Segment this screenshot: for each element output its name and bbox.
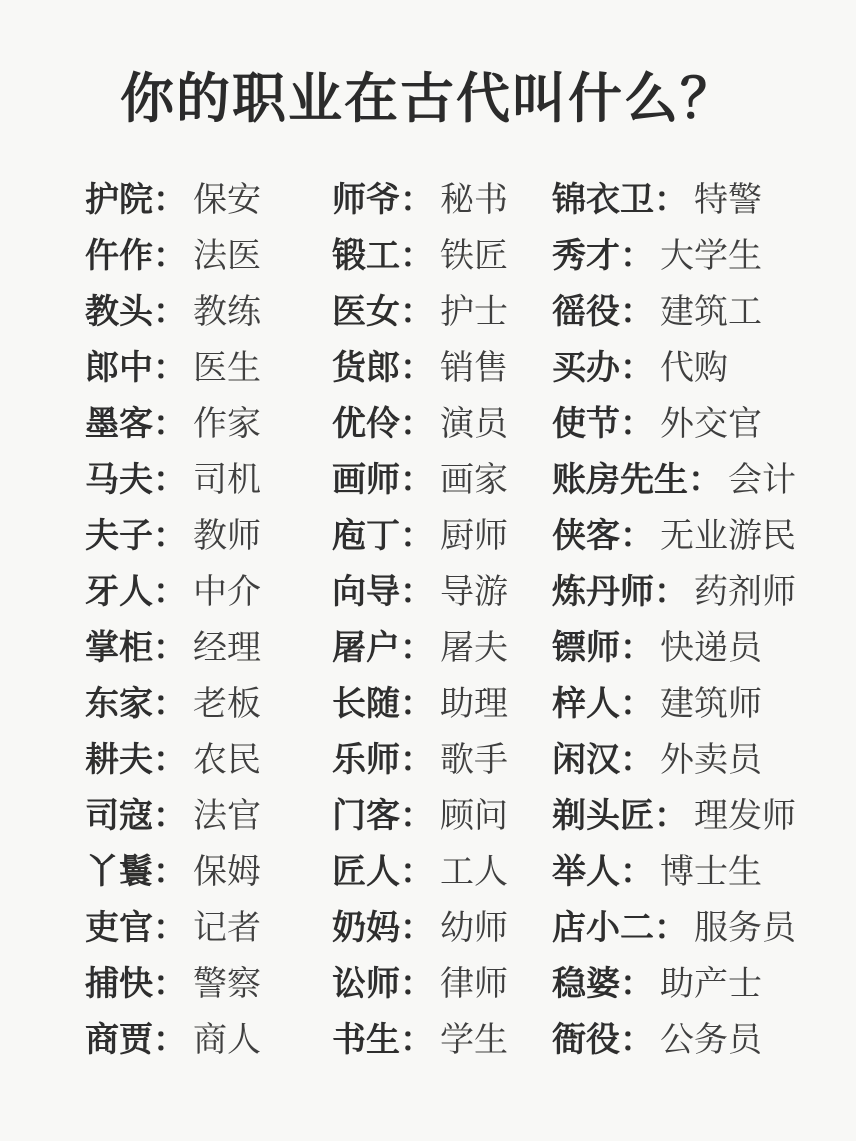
- modern-term: 保姆: [193, 844, 261, 900]
- colon-separator: ：: [153, 564, 187, 620]
- ancient-term: 优伶: [332, 396, 400, 452]
- colon-separator: ：: [400, 676, 434, 732]
- ancient-term: 书生: [332, 1012, 400, 1068]
- ancient-term: 司寇: [85, 788, 153, 844]
- page-title: 你的职业在古代叫什么？: [0, 0, 856, 132]
- modern-term: 老板: [193, 676, 261, 732]
- ancient-term: 画师: [332, 452, 400, 508]
- modern-term: 铁匠: [440, 228, 508, 284]
- ancient-term: 衙役: [552, 1012, 620, 1068]
- ancient-term: 使节: [552, 396, 620, 452]
- ancient-term: 稳婆: [552, 956, 620, 1012]
- modern-term: 学生: [440, 1012, 508, 1068]
- list-entry: 优伶：演员: [332, 396, 552, 452]
- list-entry: 商贾：商人: [85, 1012, 332, 1068]
- colon-separator: ：: [153, 788, 187, 844]
- colon-separator: ：: [153, 452, 187, 508]
- list-entry: 画师：画家: [332, 452, 552, 508]
- list-entry: 炼丹师：药剂师: [552, 564, 856, 620]
- ancient-term: 匠人: [332, 844, 400, 900]
- list-entry: 镖师：快递员: [552, 620, 856, 676]
- modern-term: 商人: [193, 1012, 261, 1068]
- list-entry: 剃头匠：理发师: [552, 788, 856, 844]
- list-entry: 护院：保安: [85, 172, 332, 228]
- column-1: 护院：保安仵作：法医教头：教练郎中：医生墨客：作家马夫：司机夫子：教师牙人：中介…: [85, 172, 332, 1068]
- colon-separator: ：: [400, 452, 434, 508]
- modern-term: 大学生: [660, 228, 762, 284]
- ancient-term: 夫子: [85, 508, 153, 564]
- colon-separator: ：: [400, 564, 434, 620]
- list-entry: 门客：顾问: [332, 788, 552, 844]
- ancient-term: 教头: [85, 284, 153, 340]
- list-entry: 书生：学生: [332, 1012, 552, 1068]
- colon-separator: ：: [620, 956, 654, 1012]
- colon-separator: ：: [400, 844, 434, 900]
- colon-separator: ：: [620, 284, 654, 340]
- colon-separator: ：: [620, 844, 654, 900]
- list-entry: 使节：外交官: [552, 396, 856, 452]
- modern-term: 建筑工: [660, 284, 762, 340]
- colon-separator: ：: [654, 788, 688, 844]
- modern-term: 药剂师: [694, 564, 796, 620]
- colon-separator: ：: [153, 676, 187, 732]
- list-entry: 买办：代购: [552, 340, 856, 396]
- ancient-term: 屠户: [332, 620, 400, 676]
- modern-term: 工人: [440, 844, 508, 900]
- modern-term: 屠夫: [440, 620, 508, 676]
- list-entry: 教头：教练: [85, 284, 332, 340]
- ancient-term: 奶妈: [332, 900, 400, 956]
- modern-term: 公务员: [660, 1012, 762, 1068]
- colon-separator: ：: [153, 284, 187, 340]
- ancient-term: 买办: [552, 340, 620, 396]
- colon-separator: ：: [400, 1012, 434, 1068]
- colon-separator: ：: [400, 340, 434, 396]
- colon-separator: ：: [400, 172, 434, 228]
- ancient-term: 闲汉: [552, 732, 620, 788]
- colon-separator: ：: [400, 620, 434, 676]
- list-entry: 账房先生：会计: [552, 452, 856, 508]
- list-entry: 举人：博士生: [552, 844, 856, 900]
- ancient-term: 东家: [85, 676, 153, 732]
- ancient-term: 郎中: [85, 340, 153, 396]
- modern-term: 经理: [193, 620, 261, 676]
- list-entry: 捕快：警察: [85, 956, 332, 1012]
- colon-separator: ：: [153, 508, 187, 564]
- ancient-term: 向导: [332, 564, 400, 620]
- modern-term: 法医: [193, 228, 261, 284]
- modern-term: 销售: [440, 340, 508, 396]
- column-2: 师爷：秘书锻工：铁匠医女：护士货郎：销售优伶：演员画师：画家庖丁：厨师向导：导游…: [332, 172, 552, 1068]
- list-entry: 匠人：工人: [332, 844, 552, 900]
- ancient-term: 侠客: [552, 508, 620, 564]
- colon-separator: ：: [153, 228, 187, 284]
- modern-term: 导游: [440, 564, 508, 620]
- list-entry: 牙人：中介: [85, 564, 332, 620]
- colon-separator: ：: [153, 396, 187, 452]
- ancient-term: 梓人: [552, 676, 620, 732]
- modern-term: 助理: [440, 676, 508, 732]
- list-entry: 锻工：铁匠: [332, 228, 552, 284]
- colon-separator: ：: [654, 172, 688, 228]
- ancient-term: 镖师: [552, 620, 620, 676]
- colon-separator: ：: [620, 340, 654, 396]
- list-entry: 耕夫：农民: [85, 732, 332, 788]
- ancient-term: 护院: [85, 172, 153, 228]
- list-entry: 夫子：教师: [85, 508, 332, 564]
- modern-term: 厨师: [440, 508, 508, 564]
- colon-separator: ：: [400, 956, 434, 1012]
- colon-separator: ：: [620, 732, 654, 788]
- list-entry: 丫鬟：保姆: [85, 844, 332, 900]
- ancient-term: 马夫: [85, 452, 153, 508]
- ancient-term: 货郎: [332, 340, 400, 396]
- modern-term: 秘书: [440, 172, 508, 228]
- list-entry: 货郎：销售: [332, 340, 552, 396]
- modern-term: 农民: [193, 732, 261, 788]
- modern-term: 特警: [694, 172, 762, 228]
- ancient-term: 炼丹师: [552, 564, 654, 620]
- colon-separator: ：: [620, 620, 654, 676]
- ancient-term: 店小二: [552, 900, 654, 956]
- modern-term: 歌手: [440, 732, 508, 788]
- colon-separator: ：: [400, 284, 434, 340]
- ancient-term: 墨客: [85, 396, 153, 452]
- list-entry: 闲汉：外卖员: [552, 732, 856, 788]
- ancient-term: 举人: [552, 844, 620, 900]
- column-3: 锦衣卫：特警秀才：大学生徭役：建筑工买办：代购使节：外交官账房先生：会计侠客：无…: [552, 172, 856, 1068]
- ancient-term: 吏官: [85, 900, 153, 956]
- modern-term: 会计: [728, 452, 796, 508]
- modern-term: 医生: [193, 340, 261, 396]
- list-entry: 师爷：秘书: [332, 172, 552, 228]
- colon-separator: ：: [400, 228, 434, 284]
- list-entry: 屠户：屠夫: [332, 620, 552, 676]
- ancient-term: 秀才: [552, 228, 620, 284]
- ancient-term: 耕夫: [85, 732, 153, 788]
- list-entry: 乐师：歌手: [332, 732, 552, 788]
- list-entry: 锦衣卫：特警: [552, 172, 856, 228]
- modern-term: 司机: [193, 452, 261, 508]
- ancient-term: 乐师: [332, 732, 400, 788]
- colon-separator: ：: [620, 396, 654, 452]
- modern-term: 记者: [193, 900, 261, 956]
- list-entry: 衙役：公务员: [552, 1012, 856, 1068]
- list-entry: 掌柜：经理: [85, 620, 332, 676]
- list-entry: 徭役：建筑工: [552, 284, 856, 340]
- colon-separator: ：: [153, 172, 187, 228]
- colon-separator: ：: [400, 788, 434, 844]
- modern-term: 保安: [193, 172, 261, 228]
- list-entry: 墨客：作家: [85, 396, 332, 452]
- colon-separator: ：: [688, 452, 722, 508]
- colon-separator: ：: [153, 844, 187, 900]
- modern-term: 外交官: [660, 396, 762, 452]
- modern-term: 警察: [193, 956, 261, 1012]
- list-entry: 长随：助理: [332, 676, 552, 732]
- colon-separator: ：: [654, 564, 688, 620]
- ancient-term: 医女: [332, 284, 400, 340]
- colon-separator: ：: [654, 900, 688, 956]
- colon-separator: ：: [400, 508, 434, 564]
- list-entry: 仵作：法医: [85, 228, 332, 284]
- list-entry: 东家：老板: [85, 676, 332, 732]
- colon-separator: ：: [400, 900, 434, 956]
- modern-term: 顾问: [440, 788, 508, 844]
- colon-separator: ：: [153, 956, 187, 1012]
- modern-term: 理发师: [694, 788, 796, 844]
- modern-term: 法官: [193, 788, 261, 844]
- colon-separator: ：: [153, 620, 187, 676]
- colon-separator: ：: [620, 676, 654, 732]
- ancient-term: 锻工: [332, 228, 400, 284]
- list-entry: 吏官：记者: [85, 900, 332, 956]
- modern-term: 教练: [193, 284, 261, 340]
- list-entry: 侠客：无业游民: [552, 508, 856, 564]
- list-entry: 秀才：大学生: [552, 228, 856, 284]
- list-entry: 讼师：律师: [332, 956, 552, 1012]
- poster: 你的职业在古代叫什么？ 护院：保安仵作：法医教头：教练郎中：医生墨客：作家马夫：…: [0, 0, 856, 1141]
- colon-separator: ：: [620, 1012, 654, 1068]
- modern-term: 中介: [193, 564, 261, 620]
- ancient-term: 丫鬟: [85, 844, 153, 900]
- modern-term: 快递员: [660, 620, 762, 676]
- modern-term: 教师: [193, 508, 261, 564]
- ancient-term: 锦衣卫: [552, 172, 654, 228]
- ancient-term: 徭役: [552, 284, 620, 340]
- ancient-term: 捕快: [85, 956, 153, 1012]
- list-entry: 向导：导游: [332, 564, 552, 620]
- modern-term: 作家: [193, 396, 261, 452]
- colon-separator: ：: [620, 228, 654, 284]
- ancient-term: 账房先生: [552, 452, 688, 508]
- list-entry: 店小二：服务员: [552, 900, 856, 956]
- colon-separator: ：: [153, 900, 187, 956]
- modern-term: 代购: [660, 340, 728, 396]
- modern-term: 幼师: [440, 900, 508, 956]
- modern-term: 无业游民: [660, 508, 796, 564]
- modern-term: 博士生: [660, 844, 762, 900]
- ancient-term: 牙人: [85, 564, 153, 620]
- colon-separator: ：: [400, 732, 434, 788]
- list-entry: 医女：护士: [332, 284, 552, 340]
- ancient-term: 庖丁: [332, 508, 400, 564]
- list-entry: 稳婆：助产士: [552, 956, 856, 1012]
- ancient-term: 讼师: [332, 956, 400, 1012]
- modern-term: 服务员: [694, 900, 796, 956]
- list-entry: 马夫：司机: [85, 452, 332, 508]
- modern-term: 护士: [440, 284, 508, 340]
- colon-separator: ：: [400, 396, 434, 452]
- ancient-term: 门客: [332, 788, 400, 844]
- list-entry: 庖丁：厨师: [332, 508, 552, 564]
- list-entry: 郎中：医生: [85, 340, 332, 396]
- colon-separator: ：: [153, 1012, 187, 1068]
- modern-term: 助产士: [660, 956, 762, 1012]
- colon-separator: ：: [153, 732, 187, 788]
- modern-term: 建筑师: [660, 676, 762, 732]
- ancient-term: 商贾: [85, 1012, 153, 1068]
- modern-term: 演员: [440, 396, 508, 452]
- ancient-term: 掌柜: [85, 620, 153, 676]
- ancient-term: 仵作: [85, 228, 153, 284]
- colon-separator: ：: [153, 340, 187, 396]
- ancient-term: 长随: [332, 676, 400, 732]
- ancient-term: 剃头匠: [552, 788, 654, 844]
- list-entry: 梓人：建筑师: [552, 676, 856, 732]
- columns-container: 护院：保安仵作：法医教头：教练郎中：医生墨客：作家马夫：司机夫子：教师牙人：中介…: [0, 172, 856, 1068]
- modern-term: 画家: [440, 452, 508, 508]
- colon-separator: ：: [620, 508, 654, 564]
- list-entry: 司寇：法官: [85, 788, 332, 844]
- list-entry: 奶妈：幼师: [332, 900, 552, 956]
- modern-term: 外卖员: [660, 732, 762, 788]
- ancient-term: 师爷: [332, 172, 400, 228]
- modern-term: 律师: [440, 956, 508, 1012]
